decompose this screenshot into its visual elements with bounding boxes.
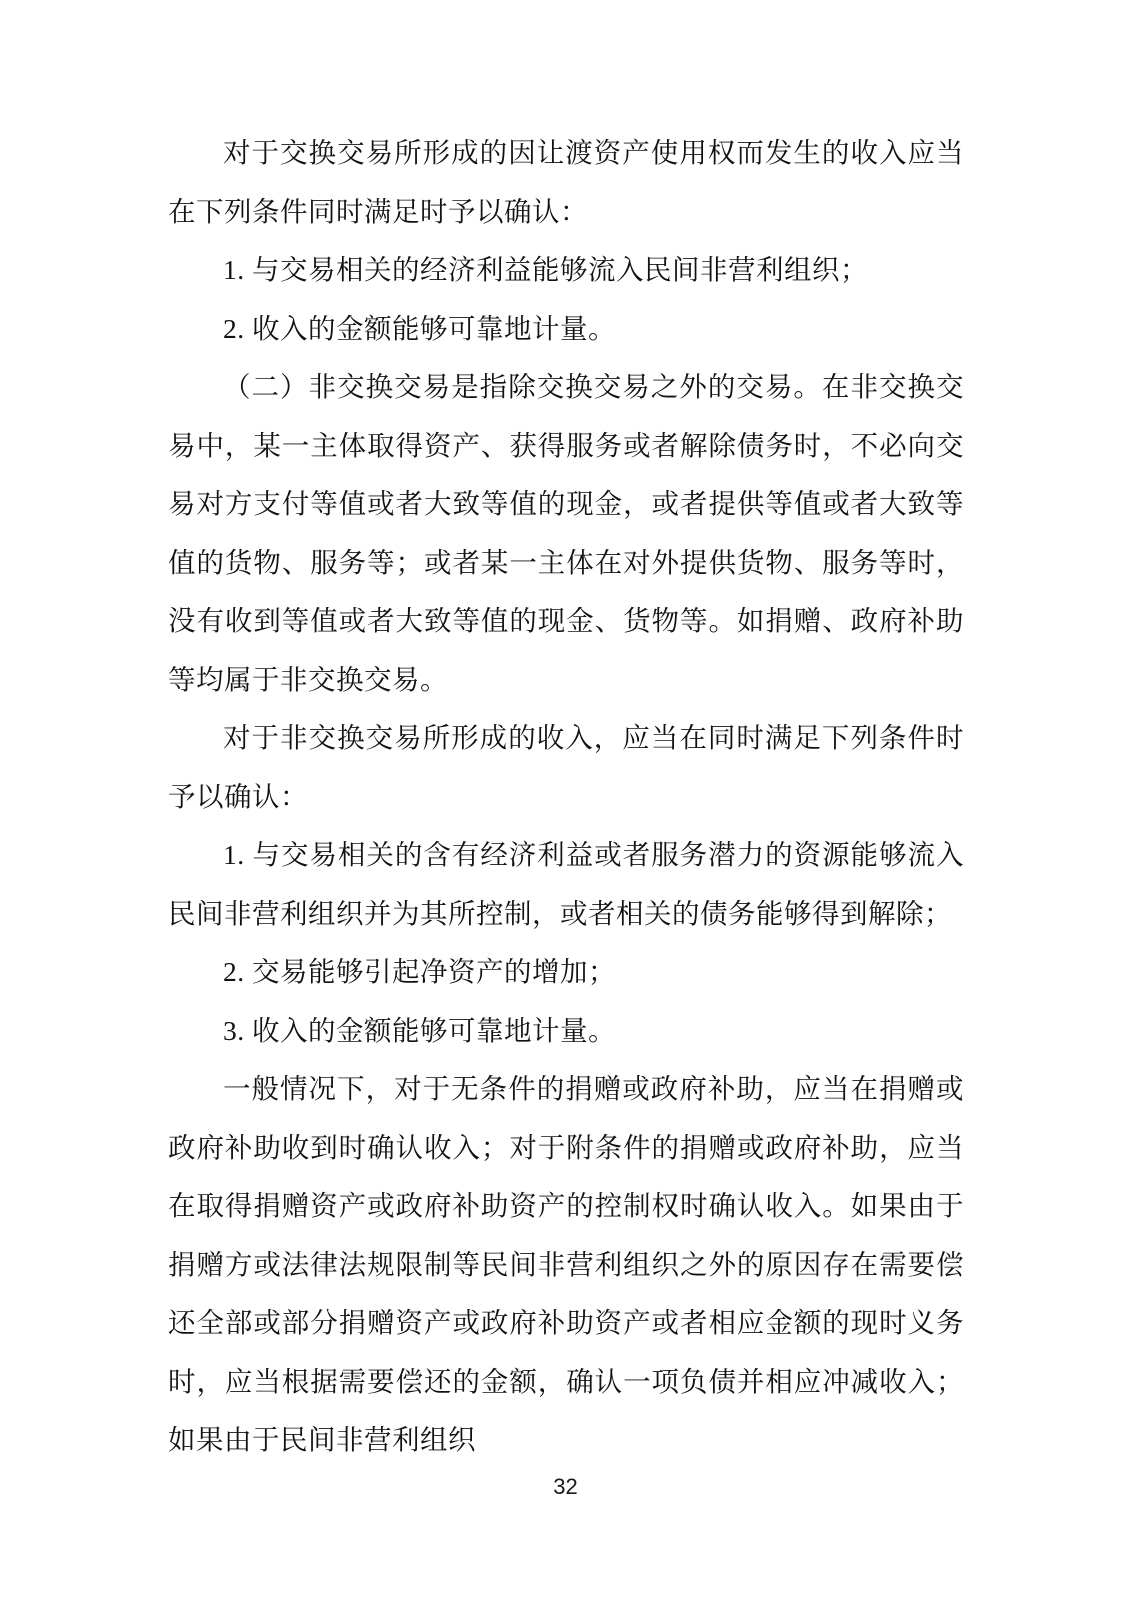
paragraph: （二）非交换交易是指除交换交易之外的交易。在非交换交易中，某一主体取得资产、获得… (168, 358, 964, 709)
paragraph: 对于交换交易所形成的因让渡资产使用权而发生的收入应当在下列条件同时满足时予以确认… (168, 124, 964, 241)
list-item: 1. 与交易相关的经济利益能够流入民间非营利组织； (168, 241, 964, 300)
list-item: 3. 收入的金额能够可靠地计量。 (168, 1002, 964, 1061)
page-number: 32 (0, 1474, 1131, 1500)
paragraph: 一般情况下，对于无条件的捐赠或政府补助，应当在捐赠或政府补助收到时确认收入；对于… (168, 1060, 964, 1470)
paragraph: 对于非交换交易所形成的收入，应当在同时满足下列条件时予以确认： (168, 709, 964, 826)
document-page: 对于交换交易所形成的因让渡资产使用权而发生的收入应当在下列条件同时满足时予以确认… (0, 0, 1131, 1600)
list-item: 2. 交易能够引起净资产的增加； (168, 943, 964, 1002)
document-body: 对于交换交易所形成的因让渡资产使用权而发生的收入应当在下列条件同时满足时予以确认… (168, 124, 964, 1470)
list-item: 2. 收入的金额能够可靠地计量。 (168, 300, 964, 359)
list-item: 1. 与交易相关的含有经济利益或者服务潜力的资源能够流入民间非营利组织并为其所控… (168, 826, 964, 943)
